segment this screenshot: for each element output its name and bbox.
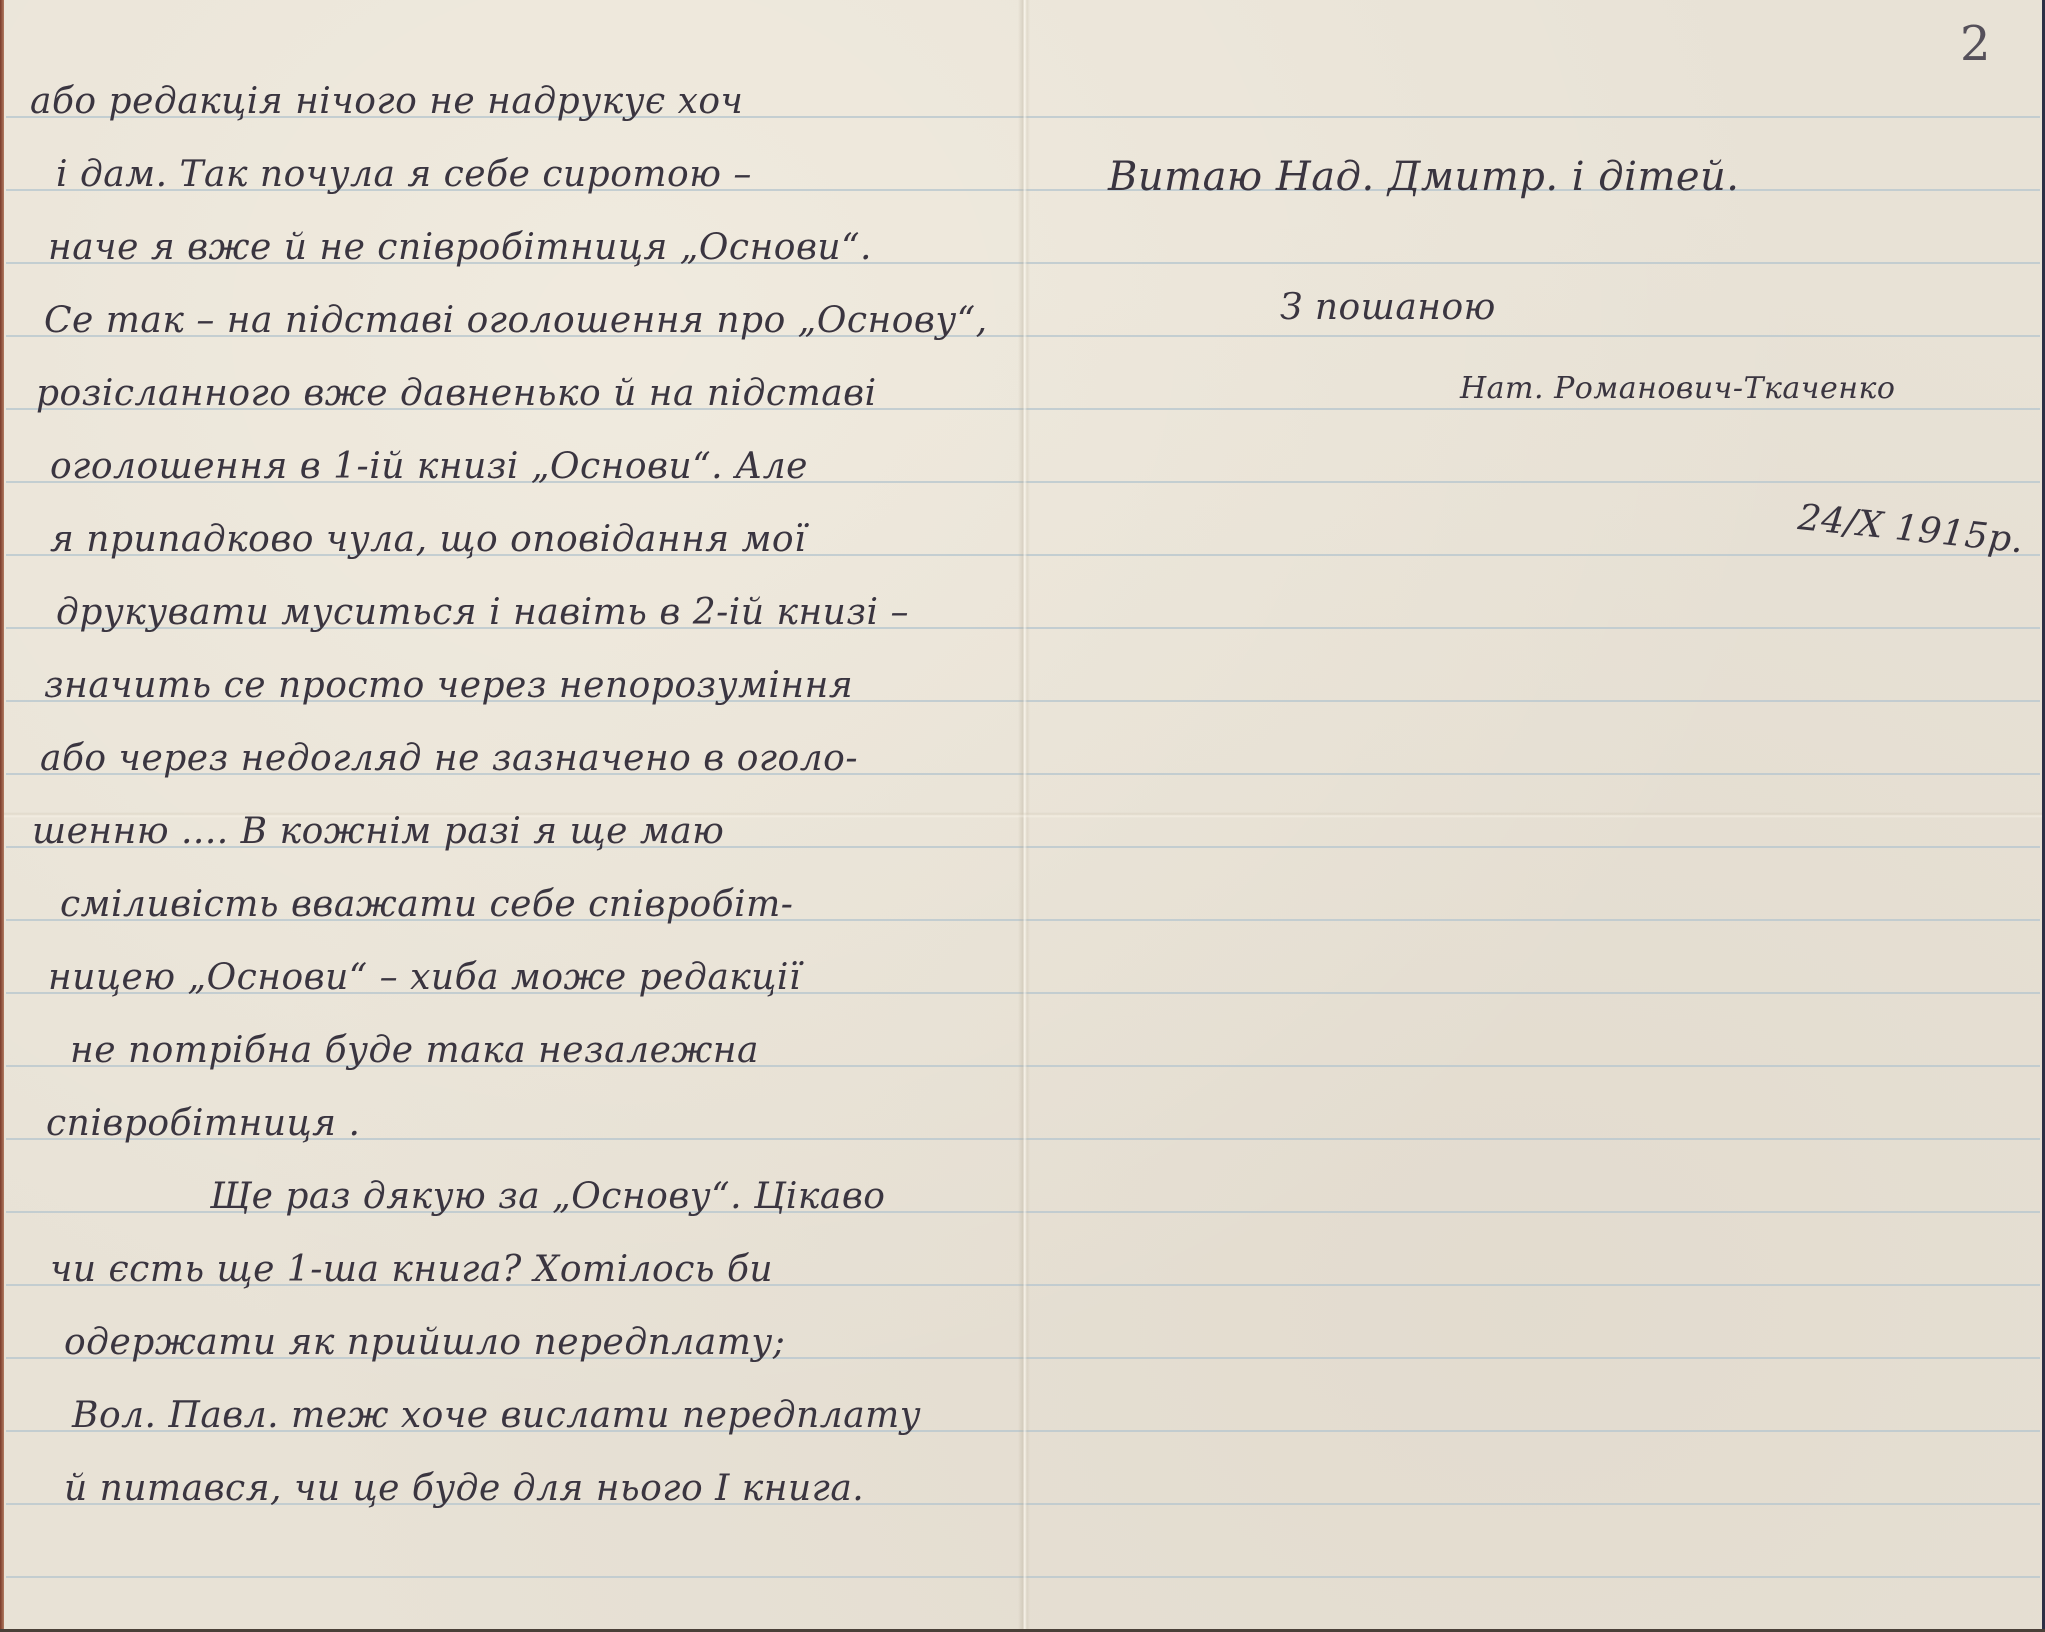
letter-line: ницею „Основи“ – хиба може редакції [48, 960, 801, 996]
letter-line: й питався, чи це буде для нього I книга. [64, 1471, 864, 1507]
letter-line: розісланного вже давненько й на підставі [36, 376, 877, 412]
letter-line: я припадково чула, що оповідання мої [50, 522, 806, 558]
letter-line: чи єсть ще 1-ша книга? Хотілось би [50, 1252, 773, 1288]
right-page: 2 Витаю Над. Дмитр. і дітей. З пошаною Н… [1023, 0, 2045, 1632]
letter-line: Ще раз дякую за „Основу“. Цікаво [210, 1179, 885, 1215]
page-number: 2 [1960, 20, 1991, 68]
letter-line: Се так – на підставі оголошення про „Осн… [44, 303, 988, 339]
letter-line: Вол. Павл. теж хоче вислати передплату [72, 1398, 921, 1434]
letter-line: друкувати муситься і навіть в 2-ій книзі… [56, 595, 909, 631]
left-page: або редакція нічого не надрукує хоч і да… [0, 0, 1023, 1632]
letter-line: оголошення в 1-ій книзі „Основи“. Але [50, 449, 808, 485]
greeting-line: Витаю Над. Дмитр. і дітей. [1108, 157, 1740, 197]
letter-line: або через недогляд не зазначено в оголо- [40, 741, 858, 777]
signature: Нат. Романович-Ткаченко [1460, 374, 1895, 404]
letter-line: і дам. Так почула я себе сиротою – [56, 157, 752, 193]
closing-line: З пошаною [1280, 290, 1496, 326]
letter-line: одержати як прийшло передплату; [64, 1325, 785, 1361]
letter-line: шенню .... В кожнім разі я ще маю [32, 814, 724, 850]
letter-line: не потрібна буде така незалежна [70, 1033, 759, 1069]
letter-line: наче я вже й не співробітниця „Основи“. [48, 230, 872, 266]
letter-date: 24/X 1915р. [1796, 500, 2025, 559]
letter-line: або редакція нічого не надрукує хоч [30, 84, 743, 120]
letter-line: співробітниця . [46, 1106, 360, 1142]
letter-line: сміливість вважати себе співробіт- [60, 887, 793, 923]
letter-spread: або редакція нічого не надрукує хоч і да… [0, 0, 2045, 1632]
letter-line: значить се просто через непорозуміння [44, 668, 853, 704]
paper-left-edge [0, 0, 4, 1632]
